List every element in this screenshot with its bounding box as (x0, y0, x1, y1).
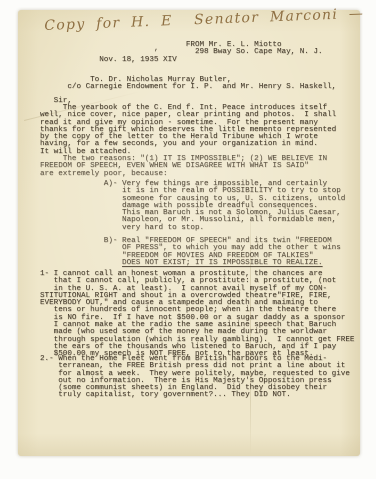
section-item2: 2.- When the Home Fleet went from Britis… (40, 356, 350, 400)
section-addr: To. Dr. Nicholas Murray Butler, c/o Carn… (40, 77, 336, 92)
section-b: B)- Real "FREEDOM OF SPEECH" and its twi… (40, 238, 341, 267)
section-item1: 1- I cannot call an honest woman a prost… (40, 271, 354, 359)
section-a: A)- Very few things are impossible, and … (40, 181, 345, 232)
section-p2: The two reasons: "(1) IT IS IMPOSSIBLE";… (40, 156, 327, 178)
underlined-text: DOES NOT EXIST; IT IS IMPOSSIBLE TO REAL… (122, 259, 323, 267)
handwritten-annotation: Copy for H. E Senator Marconi — (44, 6, 364, 34)
section-p1: The yearbook of the C. End f. Int. Peace… (40, 105, 336, 156)
section-from: FROM Mr. E. L. Miotto 298 Bway So. Cape … (40, 42, 323, 64)
letter-page: Copy for H. E Senator Marconi — , FROM M… (18, 10, 360, 456)
